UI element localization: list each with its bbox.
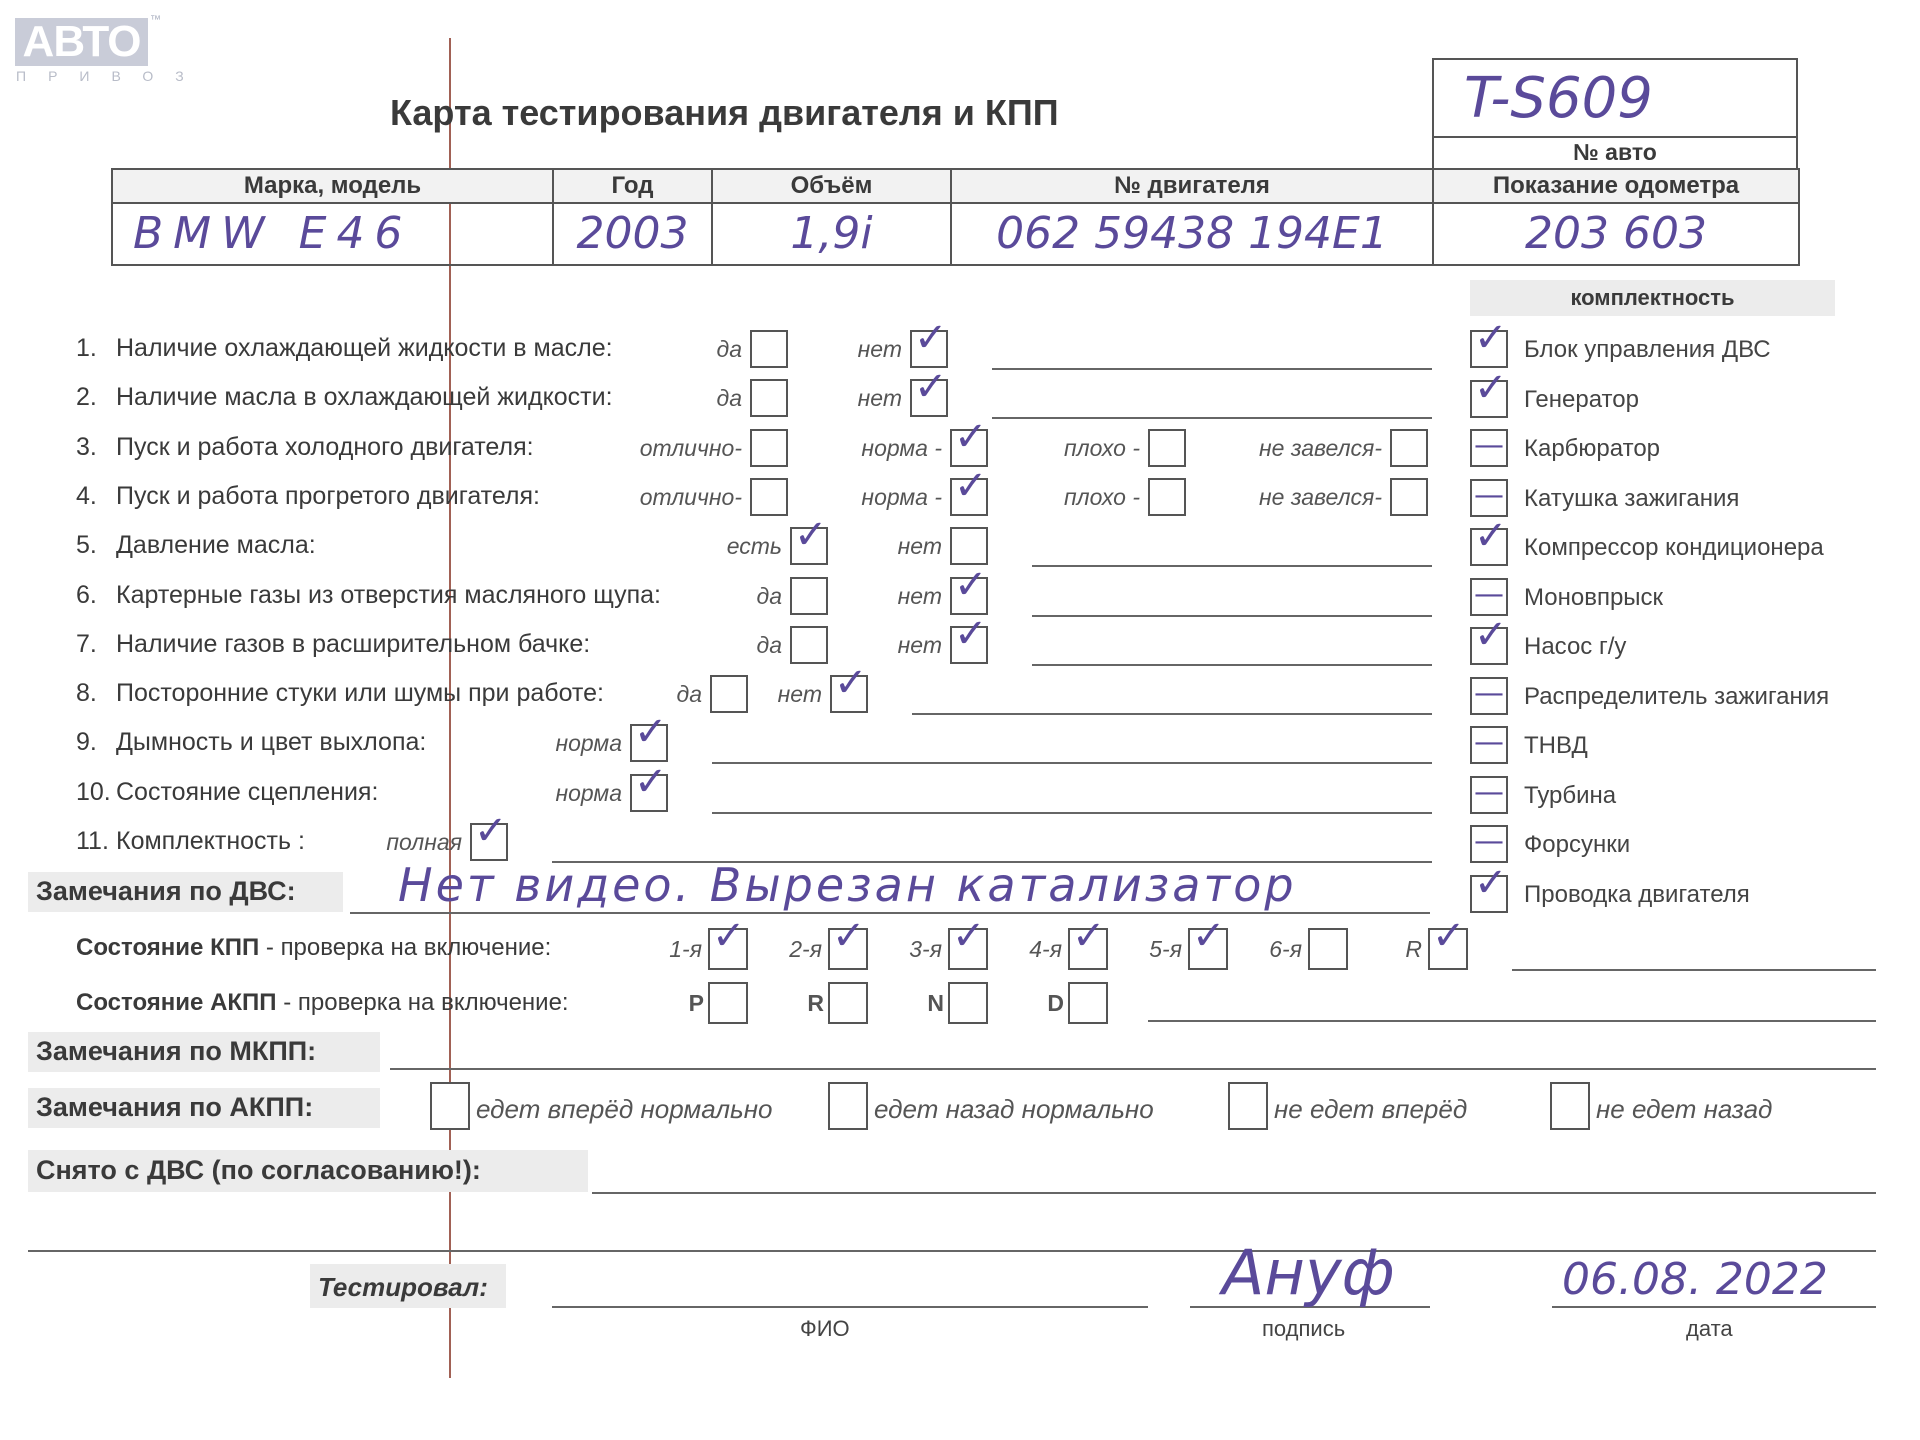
position-label: R [807,990,824,1017]
trademark-mark: ™ [150,14,161,26]
checkmark-icon: ✓ [1474,615,1508,655]
car-number-label-cell: № авто [1432,136,1798,170]
notes-line[interactable] [912,713,1432,715]
check-label: Пуск и работа прогретого двигателя: [116,482,540,511]
checkmark-icon: ✓ [952,916,986,956]
kit-item-label: Насос г/у [1524,633,1626,661]
option-label: норма [555,730,622,757]
check-number: 4. [76,482,97,511]
option-checkbox[interactable]: ✓ [470,823,508,861]
kit-item[interactable]: —Распределитель зажигания [1470,677,1910,717]
option-checkbox[interactable]: ✓ [790,527,828,565]
check-label: Наличие газов в расширительном бачке: [116,630,590,659]
table-value-cell[interactable]: 2003 [552,202,713,266]
auto-gearbox-label-bold: Состояние АКПП [76,989,277,1016]
gear-label: 2-я [789,936,822,963]
check-number: 6. [76,581,97,610]
option-checkbox[interactable]: ✓ [950,478,988,516]
auto-gearbox-label: Состояние АКПП - проверка на включение: [76,989,569,1017]
option-label: нет [858,336,902,363]
dash-icon: — [1474,481,1504,511]
kit-item-label: Проводка двигателя [1524,881,1750,909]
option-label: да [756,583,782,610]
manual-gearbox-label-bold: Состояние КПП [76,934,259,961]
mkpp-remarks-line[interactable] [390,1068,1876,1070]
gear-checkbox[interactable]: ✓ [1428,928,1468,970]
checkmark-icon: ✓ [1432,916,1466,956]
option-label: плохо - [1064,484,1140,511]
kit-item-label: ТНВД [1524,732,1588,760]
checkmark-icon: ✓ [1474,516,1508,556]
table-header-cell: Год [552,168,713,204]
table-value-cell[interactable]: 062 59438 194E1 [950,202,1434,266]
kit-item[interactable]: ✓Насос г/у [1470,627,1910,667]
akpp-remark-checkbox[interactable] [1550,1082,1590,1130]
option-label: плохо - [1064,435,1140,462]
kit-item-label: Турбина [1524,782,1616,810]
kit-checkbox[interactable]: ✓ [1470,875,1508,913]
gear-label: 3-я [909,936,942,963]
dash-icon: — [1474,580,1504,610]
option-label: нет [898,533,942,560]
position-checkbox[interactable] [828,982,868,1024]
date-caption: дата [1686,1316,1733,1342]
option-checkbox[interactable] [750,379,788,417]
check-label: Картерные газы из отверстия масляного щу… [116,581,661,610]
akpp-remark-label: едет вперёд нормально [476,1094,772,1125]
car-number-cell[interactable]: T-S609 [1432,58,1798,138]
gear-label: 4-я [1029,936,1062,963]
option-label: да [756,632,782,659]
page-title: Карта тестирования двигателя и КПП [390,92,1059,134]
check-label: Пуск и работа холодного двигателя: [116,433,534,462]
kit-checkbox[interactable]: — [1470,677,1508,715]
check-label: Наличие масла в охлаждающей жидкости: [116,383,613,412]
notes-line[interactable] [1032,565,1432,567]
date-value: 06.08. 2022 [1562,1254,1828,1305]
kit-item-label: Компрессор кондиционера [1524,534,1824,562]
kit-item[interactable]: —Моновпрыск [1470,578,1910,618]
gear-label: 5-я [1149,936,1182,963]
option-label: не завелся- [1259,484,1382,511]
car-number-value: T-S609 [1464,66,1653,131]
kit-item-label: Блок управления ДВС [1524,336,1771,364]
table-value-cell[interactable]: BMW E46 [111,202,554,266]
option-checkbox[interactable] [750,429,788,467]
checkmark-icon: ✓ [954,466,988,506]
kit-item[interactable]: —Форсунки [1470,825,1910,865]
kit-item[interactable]: ✓Генератор [1470,380,1910,420]
kit-item[interactable]: ✓Проводка двигателя [1470,875,1910,915]
kit-checkbox[interactable]: — [1470,429,1508,467]
name-caption: ФИО [800,1316,850,1342]
gear-checkbox[interactable]: ✓ [828,928,868,970]
check-number: 1. [76,334,97,363]
gear-checkbox[interactable]: ✓ [1068,928,1108,970]
check-label: Наличие охлаждающей жидкости в масле: [116,334,613,363]
kit-item-label: Карбюратор [1524,435,1660,463]
position-label: D [1047,990,1064,1017]
footer-divider [28,1250,1876,1252]
kit-checkbox[interactable]: — [1470,776,1508,814]
option-label: нет [898,583,942,610]
auto-gearbox-notes-line [1148,1020,1876,1022]
gear-checkbox[interactable]: ✓ [948,928,988,970]
check-number: 7. [76,630,97,659]
notes-line[interactable] [992,368,1432,370]
option-checkbox[interactable] [1390,429,1428,467]
kit-checkbox[interactable]: ✓ [1470,528,1508,566]
option-label: нет [898,632,942,659]
tested-by-label: Тестировал: [318,1272,488,1303]
dash-icon: — [1474,728,1504,758]
signature-value: Ануф [1222,1236,1395,1309]
checkmark-icon: ✓ [634,712,668,752]
option-checkbox[interactable]: ✓ [910,330,948,368]
table-header-cell: № двигателя [950,168,1434,204]
option-checkbox[interactable] [790,626,828,664]
kit-item[interactable]: —ТНВД [1470,726,1910,766]
option-checkbox[interactable] [750,330,788,368]
option-label: отлично- [640,435,742,462]
option-label: норма [555,780,622,807]
option-checkbox[interactable]: ✓ [830,675,868,713]
gear-label: R [1405,936,1422,963]
table-header-cell: Объём [711,168,952,204]
engine-remarks-line [350,912,1430,914]
option-checkbox[interactable]: ✓ [950,626,988,664]
auto-gearbox-label-rest: - проверка на включение: [277,989,569,1016]
gear-checkbox[interactable] [1308,928,1348,970]
check-number: 9. [76,728,97,757]
brand-subtitle: ПРИВОЗ [16,68,206,84]
checkmark-icon: ✓ [914,318,948,358]
checkmark-icon: ✓ [1474,318,1508,358]
option-label: норма - [861,484,942,511]
removed-label: Снято с ДВС (по согласованию!): [36,1155,481,1186]
kit-item[interactable]: —Карбюратор [1470,429,1910,469]
checkmark-icon: ✓ [474,811,508,851]
notes-line[interactable] [1032,664,1432,666]
check-label: Давление масла: [116,531,316,560]
notes-line[interactable] [992,417,1432,419]
table-header-cell: Показание одометра [1432,168,1800,204]
checkmark-icon: ✓ [1192,916,1226,956]
option-checkbox[interactable]: ✓ [630,724,668,762]
option-label: не завелся- [1259,435,1382,462]
brand-logo: АВТО [15,18,148,66]
removed-line[interactable] [592,1192,1876,1194]
option-checkbox[interactable] [1148,429,1186,467]
option-label: полная [386,829,462,856]
kit-checkbox[interactable]: ✓ [1470,330,1508,368]
option-label: да [716,336,742,363]
akpp-remark-checkbox[interactable] [828,1082,868,1130]
table-value-cell[interactable]: 203 603 [1432,202,1800,266]
option-label: да [676,681,702,708]
check-number: 5. [76,531,97,560]
checkmark-icon: ✓ [794,515,828,555]
position-checkbox[interactable] [948,982,988,1024]
checkmark-icon: ✓ [712,916,746,956]
kit-title-band: комплектность [1470,280,1835,316]
notes-line[interactable] [1032,615,1432,617]
check-label: Состояние сцепления: [116,778,378,807]
mkpp-remarks-label: Замечания по МКПП: [36,1036,316,1067]
notes-line[interactable] [712,762,1432,764]
position-checkbox[interactable] [1068,982,1108,1024]
notes-line[interactable] [712,812,1432,814]
option-checkbox[interactable] [790,577,828,615]
akpp-remark-checkbox[interactable] [1228,1082,1268,1130]
gear-label: 6-я [1269,936,1302,963]
checkmark-icon: ✓ [954,614,988,654]
check-number: 11. [76,827,109,856]
kit-item[interactable]: —Катушка зажигания [1470,479,1910,519]
akpp-remark-label: едет назад нормально [874,1094,1154,1125]
checkmark-icon: ✓ [1072,916,1106,956]
checkmark-icon: ✓ [914,367,948,407]
dash-icon: — [1474,827,1504,857]
option-label: нет [778,681,822,708]
check-number: 2. [76,383,97,412]
gear-label: 1-я [669,936,702,963]
option-label: отлично- [640,484,742,511]
kit-item[interactable]: ✓Блок управления ДВС [1470,330,1910,370]
checkmark-icon: ✓ [834,663,868,703]
engine-remarks-value[interactable]: Нет видео. Вырезан катализатор [398,858,1297,912]
dash-icon: — [1474,431,1504,461]
option-checkbox[interactable] [1148,478,1186,516]
option-label: нет [858,385,902,412]
check-label: Дымность и цвет выхлопа: [116,728,426,757]
kit-item-label: Генератор [1524,386,1639,414]
dash-icon: — [1474,679,1504,709]
engine-remarks-label: Замечания по ДВС: [36,876,296,907]
checkmark-icon: ✓ [832,916,866,956]
gear-checkbox[interactable]: ✓ [708,928,748,970]
option-label: норма - [861,435,942,462]
option-checkbox[interactable] [1390,478,1428,516]
checkmark-icon: ✓ [1474,368,1508,408]
check-label: Посторонние стуки или шумы при работе: [116,679,604,708]
name-line[interactable] [552,1306,1148,1308]
kit-checkbox[interactable]: — [1470,825,1508,863]
kit-item-label: Распределитель зажигания [1524,683,1829,711]
kit-checkbox[interactable]: — [1470,726,1508,764]
kit-checkbox[interactable]: ✓ [1470,380,1508,418]
checkmark-icon: ✓ [634,762,668,802]
manual-gearbox-label-rest: - проверка на включение: [259,934,551,961]
kit-item-label: Моновпрыск [1524,584,1663,612]
checkmark-icon: ✓ [1474,863,1508,903]
table-header-cell: Марка, модель [111,168,554,204]
check-number: 10. [76,778,111,807]
checkmark-icon: ✓ [954,565,988,605]
akpp-remarks-label: Замечания по АКПП: [36,1092,313,1123]
check-label: Комплектность : [116,827,305,856]
kit-checkbox[interactable]: ✓ [1470,627,1508,665]
option-label: да [716,385,742,412]
signature-caption: подпись [1262,1316,1345,1342]
kit-checkbox[interactable]: — [1470,578,1508,616]
check-number: 8. [76,679,97,708]
car-number-label: № авто [1434,136,1796,168]
akpp-remark-checkbox[interactable] [430,1082,470,1130]
akpp-remark-label: не едет назад [1596,1094,1772,1125]
kit-title: комплектность [1470,280,1835,316]
option-checkbox[interactable] [950,527,988,565]
gear-checkbox[interactable]: ✓ [1188,928,1228,970]
kit-checkbox[interactable]: — [1470,479,1508,517]
kit-item-label: Форсунки [1524,831,1630,859]
kit-item[interactable]: ✓Компрессор кондиционера [1470,528,1910,568]
position-label: N [927,990,944,1017]
kit-item-label: Катушка зажигания [1524,485,1739,513]
checkmark-icon: ✓ [954,417,988,457]
dash-icon: — [1474,778,1504,808]
position-checkbox[interactable] [708,982,748,1024]
option-checkbox[interactable] [710,675,748,713]
position-label: P [689,990,704,1017]
manual-gearbox-notes-line [1512,969,1876,971]
option-checkbox[interactable] [750,478,788,516]
option-checkbox[interactable]: ✓ [910,379,948,417]
option-label: есть [727,533,782,560]
option-checkbox[interactable]: ✓ [950,429,988,467]
option-checkbox[interactable]: ✓ [950,577,988,615]
date-line[interactable] [1552,1306,1876,1308]
check-number: 3. [76,433,97,462]
kit-item[interactable]: —Турбина [1470,776,1910,816]
manual-gearbox-label: Состояние КПП - проверка на включение: [76,934,551,962]
akpp-remark-label: не едет вперёд [1274,1094,1467,1125]
table-value-cell[interactable]: 1,9i [711,202,952,266]
option-checkbox[interactable]: ✓ [630,774,668,812]
